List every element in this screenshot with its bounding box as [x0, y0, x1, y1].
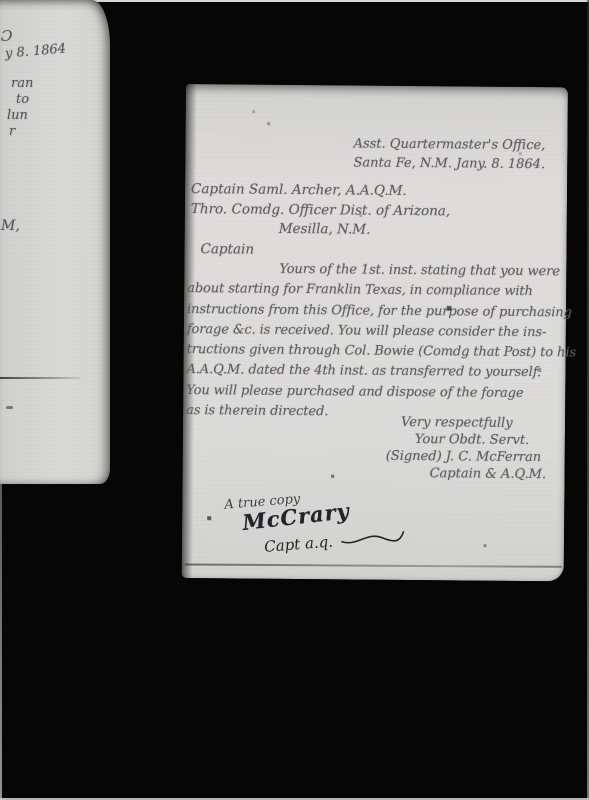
left-page-fragment-date: y 8. 1864 — [4, 41, 66, 61]
certifier-title-text: Capt a.q. — [264, 532, 334, 555]
left-page-fragment-text: M, — [1, 218, 20, 234]
previous-page-edge: Ɔ y 8. 1864 ran to lun r M, — [0, 0, 110, 484]
closing-title-line: Captain & A.Q.M. — [430, 466, 547, 482]
left-page-ruled-line — [0, 377, 80, 379]
left-page-fragment-text: to — [16, 92, 29, 107]
closing-signed-line: (Signed) J. C. McFerran — [386, 449, 542, 465]
addressee-routing-line: Thro. Comdg. Officer Dist. of Arizona, — [191, 200, 450, 222]
ink-speck — [6, 406, 13, 409]
letter-addressee: Captain Saml. Archer, A.A.Q.M. Thro. Com… — [191, 180, 451, 241]
certifier-title: Capt a.q. — [264, 527, 407, 556]
scanned-document-photo: Ɔ y 8. 1864 ran to lun r M, Asst. Quarte… — [0, 0, 589, 800]
heading-date-line: Santa Fe, N.M. Jany. 8. 1864. — [335, 153, 563, 174]
addressee-place-line: Mesilla, N.M. — [191, 219, 450, 241]
letter-heading: Asst. Quartermaster's Office, Santa Fe, … — [335, 134, 563, 174]
signature-flourish-icon — [339, 527, 406, 550]
body-line: about starting for Franklin Texas, in co… — [187, 279, 565, 303]
letter-page: Asst. Quartermaster's Office, Santa Fe, … — [182, 84, 568, 581]
letter-salutation: Captain — [200, 241, 254, 257]
left-page-fragment-text: ran — [11, 76, 33, 91]
page-bottom-rule — [185, 564, 562, 568]
addressee-name-line: Captain Saml. Archer, A.A.Q.M. — [191, 180, 450, 202]
letter-body: Yours of the 1st. inst. stating that you… — [186, 259, 565, 425]
left-page-fragment-text: Ɔ — [1, 27, 12, 45]
closing-respectfully-line: Very respectfully — [401, 415, 513, 431]
closing-servant-line: Your Obdt. Servt. — [415, 432, 529, 448]
left-page-fragment-text: r — [9, 124, 15, 139]
heading-office-line: Asst. Quartermaster's Office, — [335, 134, 563, 155]
paper-specks — [186, 84, 188, 86]
left-page-fragment-text: lun — [7, 108, 28, 123]
